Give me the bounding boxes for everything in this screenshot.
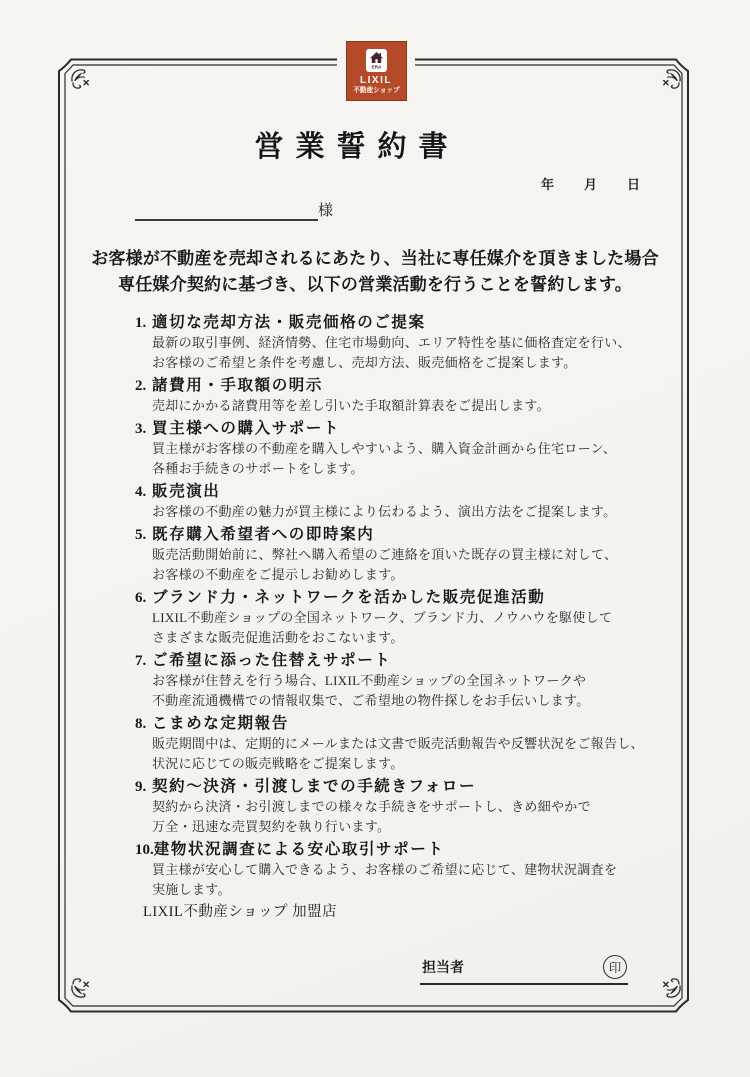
item-title: 契約〜決済・引渡しまでの手続きフォロー: [152, 778, 476, 795]
addressee-suffix: 様: [318, 203, 333, 221]
staff-label: 担当者: [422, 957, 464, 977]
item-title: ブランド力・ネットワークを活かした販売促進活動: [152, 589, 545, 606]
era-house-icon: ERA: [366, 49, 387, 72]
item-body: お客様が住替えを行う場合、LIXIL不動産ショップの全国ネットワークや 不動産流…: [152, 671, 659, 711]
item-number: 9.: [135, 777, 152, 797]
page-title: 営業誓約書: [0, 124, 714, 165]
corner-ornament-top-left-icon: [72, 70, 88, 88]
item-number: 6.: [135, 588, 152, 608]
item-title: 諸費用・手取額の明示: [152, 377, 323, 394]
staff-signature-line: 担当者 印: [420, 952, 628, 985]
date-year-label: 年: [541, 174, 554, 193]
addressee-line: 様: [135, 196, 333, 221]
item-body: 最新の取引事例、経済情勢、住宅市場動向、エリア特性を基に価格査定を行い、 お客様…: [152, 333, 659, 373]
item-body: お客様の不動産の魅力が買主様により伝わるよう、演出方法をご提案します。: [152, 502, 659, 522]
pledge-item: 8.こまめな定期報告販売期間中は、定期的にメールまたは文書で販売活動報告や反響状…: [135, 714, 659, 774]
corner-ornament-bottom-left-icon: [72, 979, 88, 997]
item-body: 売却にかかる諸費用等を差し引いた手取額計算表をご提出します。: [152, 396, 659, 416]
intro-line-1: お客様が不動産を売却されるにあたり、当社に専任媒介を頂きました場合: [0, 246, 750, 272]
item-body: 販売期間中は、定期的にメールまたは文書で販売活動報告や反響状況をご報告し、 状況…: [152, 734, 659, 774]
pledge-document-page: ERA LIXIL 不動産ショップ 営業誓約書 年 月 日 様 お客様が不動産を…: [0, 0, 750, 1077]
pledge-item: 2.諸費用・手取額の明示売却にかかる諸費用等を差し引いた手取額計算表をご提出しま…: [135, 376, 659, 416]
lixil-logo-square: ERA LIXIL 不動産ショップ: [346, 41, 407, 101]
intro-paragraph: お客様が不動産を売却されるにあたり、当社に専任媒介を頂きました場合 専任媒介契約…: [0, 246, 750, 298]
logo-brand-text: LIXIL: [360, 75, 392, 86]
pledge-item: 3.買主様への購入サポート買主様がお客様の不動産を購入しやすいよう、購入資金計画…: [135, 419, 659, 479]
date-day-label: 日: [627, 174, 640, 193]
item-body: 買主様が安心して購入できるよう、お客様のご希望に応じて、建物状況調査を 実施しま…: [152, 860, 659, 900]
item-title: こまめな定期報告: [152, 715, 289, 732]
corner-ornament-bottom-right-icon: [664, 979, 680, 997]
pledge-item: 6.ブランド力・ネットワークを活かした販売促進活動LIXIL不動産ショップの全国…: [135, 588, 659, 648]
pledge-item: 1.適切な売却方法・販売価格のご提案最新の取引事例、経済情勢、住宅市場動向、エリ…: [135, 313, 659, 373]
logo-sub-text: 不動産ショップ: [353, 86, 399, 95]
pledge-item: 10.建物状況調査による安心取引サポート買主様が安心して購入できるよう、お客様の…: [135, 840, 659, 900]
item-body: LIXIL不動産ショップの全国ネットワーク、ブランド力、ノウハウを駆使して さま…: [152, 608, 659, 648]
item-body: 買主様がお客様の不動産を購入しやすいよう、購入資金計画から住宅ローン、 各種お手…: [152, 439, 659, 479]
item-title: 既存購入希望者への即時案内: [152, 526, 374, 543]
item-body: 契約から決済・お引渡しまでの様々な手続きをサポートし、きめ細やかで 万全・迅速な…: [152, 797, 659, 837]
item-title: 建物状況調査による安心取引サポート: [154, 841, 445, 858]
pledge-item: 9.契約〜決済・引渡しまでの手続きフォロー契約から決済・お引渡しまでの様々な手続…: [135, 777, 659, 837]
item-body: 販売活動開始前に、弊社へ購入希望のご連絡を頂いた既存の買主様に対して、 お客様の…: [152, 545, 659, 585]
item-number: 8.: [135, 714, 152, 734]
item-title: 販売演出: [152, 483, 220, 500]
corner-ornament-top-right-icon: [664, 70, 680, 88]
intro-line-2: 専任媒介契約に基づき、以下の営業活動を行うことを誓約します。: [0, 272, 750, 298]
item-title: 適切な売却方法・販売価格のご提案: [152, 314, 426, 331]
pledge-item: 4.販売演出お客様の不動産の魅力が買主様により伝わるよう、演出方法をご提案します…: [135, 482, 659, 522]
item-title: ご希望に添った住替えサポート: [152, 652, 391, 669]
item-number: 1.: [135, 313, 152, 333]
item-title: 買主様への購入サポート: [152, 420, 340, 437]
item-number: 5.: [135, 525, 152, 545]
item-number: 2.: [135, 376, 152, 396]
pledge-item: 7.ご希望に添った住替えサポートお客様が住替えを行う場合、LIXIL不動産ショッ…: [135, 651, 659, 711]
item-number: 7.: [135, 651, 152, 671]
item-number: 4.: [135, 482, 152, 502]
seal-stamp-icon: 印: [603, 955, 627, 979]
item-number: 10.: [135, 840, 154, 860]
date-month-label: 月: [584, 174, 597, 193]
pledge-list: 1.適切な売却方法・販売価格のご提案最新の取引事例、経済情勢、住宅市場動向、エリ…: [135, 313, 659, 903]
date-line: 年 月 日: [541, 174, 640, 193]
svg-text:ERA: ERA: [371, 64, 381, 69]
addressee-name-blank: [135, 196, 318, 221]
member-store-label: LIXIL不動産ショップ 加盟店: [143, 900, 337, 921]
pledge-item: 5.既存購入希望者への即時案内販売活動開始前に、弊社へ購入希望のご連絡を頂いた既…: [135, 525, 659, 585]
item-number: 3.: [135, 419, 152, 439]
brand-logo: ERA LIXIL 不動産ショップ: [337, 34, 415, 108]
